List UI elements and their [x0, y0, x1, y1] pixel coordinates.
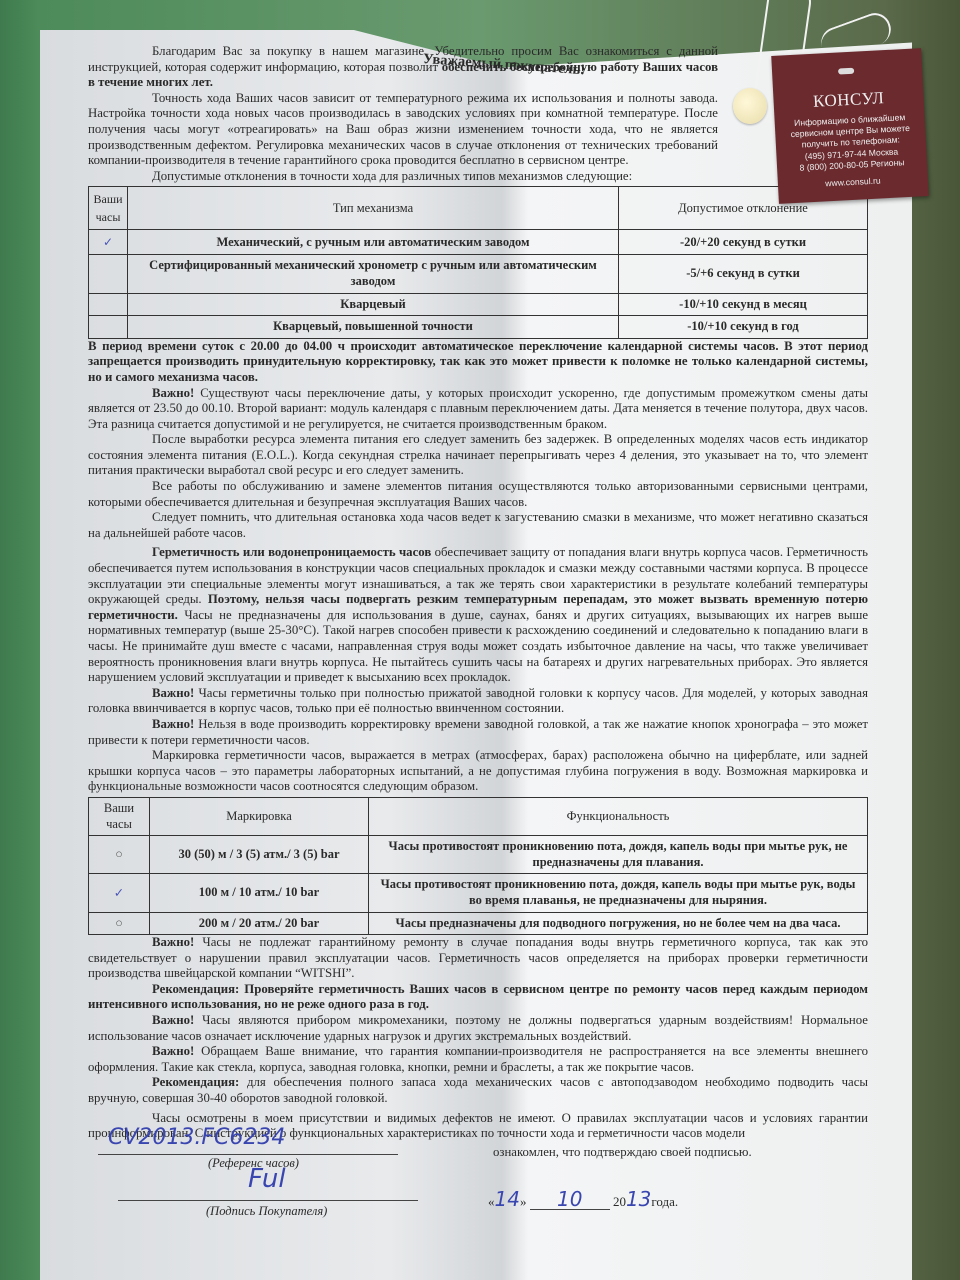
function-value: Часы предназначены для подводного погруж… — [369, 912, 868, 935]
important-label: Важно! — [152, 935, 194, 949]
date-year-suffix: 13 — [626, 1187, 651, 1211]
col-header-mark: Ваши часы — [89, 187, 128, 230]
important-label: Важно! — [152, 686, 194, 700]
date-suffix: года. — [651, 1194, 678, 1209]
circle-icon: ○ — [89, 836, 150, 874]
important-label: Важно! — [152, 1013, 194, 1027]
signature-block: CV2013.FC6234 (Референс часов) ознакомле… — [88, 1142, 868, 1252]
paragraph-waterproof: Герметичность или водонепроницаемость ча… — [88, 545, 868, 685]
paragraph-text: Обращаем Ваше внимание, что гарантия ком… — [88, 1044, 868, 1074]
paragraph-water-adjust: Важно! Нельзя в воде производить коррект… — [88, 717, 868, 748]
check-mark-icon: ✓ — [89, 874, 150, 912]
paragraph-lubricant: Следует помнить, что длительная остановк… — [88, 510, 868, 541]
col-header-mark: Ваши часы — [89, 797, 150, 835]
paragraph-text: Часы герметичны только при полностью при… — [88, 686, 868, 716]
paragraph-battery: После выработки ресурса элемента питания… — [88, 432, 868, 479]
table-row: ✓ 100 м / 10 атм./ 10 bar Часы противост… — [89, 874, 868, 912]
paragraph-shock: Важно! Часы являются прибором микромехан… — [88, 1013, 868, 1044]
table-row: Кварцевый -10/+10 секунд в месяц — [89, 293, 868, 316]
deviation-value: -10/+10 секунд в месяц — [619, 293, 868, 316]
col-header-function: Функциональность — [369, 797, 868, 835]
marking-value: 100 м / 10 атм./ 10 bar — [150, 874, 369, 912]
mark-cell — [89, 293, 128, 316]
calendar-warning: В период времени суток с 20.00 до 04.00 … — [88, 339, 868, 386]
table-row: ✓ Механический, с ручным или автоматичес… — [89, 230, 868, 255]
date-year-prefix: 20 — [613, 1194, 626, 1209]
mechanism-type: Сертифицированный механический хронометр… — [128, 255, 619, 293]
paragraph-marking: Маркировка герметичности часов, выражает… — [88, 748, 868, 795]
table-row: ○ 200 м / 20 атм./ 20 bar Часы предназна… — [89, 912, 868, 935]
important-label: Важно! — [152, 386, 194, 400]
function-value: Часы противостоят проникновению пота, до… — [369, 874, 868, 912]
waterproof-heading: Герметичность или водонепроницаемость ча… — [152, 545, 431, 559]
col-header-marking: Маркировка — [150, 797, 369, 835]
consul-service-tag: КОНСУЛ Информацию о ближайшем сервисном … — [771, 48, 929, 204]
date-month: 10 — [557, 1187, 582, 1211]
accuracy-table: Ваши часы Тип механизма Допустимое откло… — [88, 186, 868, 338]
circle-icon: ○ — [89, 912, 150, 935]
table-row: Сертифицированный механический хронометр… — [89, 255, 868, 293]
col-header-type: Тип механизма — [128, 187, 619, 230]
tag-url: www.consul.ru — [778, 173, 928, 191]
mechanism-type: Механический, с ручным или автоматически… — [128, 230, 619, 255]
date-day: 14 — [495, 1187, 520, 1211]
closing-tail: ознакомлен, что подтверждаю своей подпис… — [493, 1145, 752, 1161]
table1-caption: Допустимые отклонения в точности хода дл… — [88, 169, 868, 185]
paragraph-crown: Важно! Часы герметичны только при полнос… — [88, 686, 868, 717]
buyer-signature: Ful — [248, 1172, 286, 1188]
document-body: Уважаемый покупатель! Благодарим Вас за … — [88, 40, 868, 1252]
recommendation-label: Рекомендация: — [152, 982, 239, 996]
function-value: Часы противостоят проникновению пота, до… — [369, 836, 868, 874]
deviation-value: -10/+10 секунд в год — [619, 316, 868, 339]
deviation-value: -20/+20 секунд в сутки — [619, 230, 868, 255]
reference-handwritten: CV2013.FC6234 — [108, 1130, 285, 1146]
date-quote-close: » — [520, 1194, 527, 1209]
recommendation-label: Рекомендация: — [152, 1075, 239, 1089]
table-row: Кварцевый, повышенной точности -10/+10 с… — [89, 316, 868, 339]
mechanism-type: Кварцевый, повышенной точности — [128, 316, 619, 339]
deviation-value: -5/+6 секунд в сутки — [619, 255, 868, 293]
accuracy-paragraph: Точность хода Ваших часов зависит от тем… — [88, 91, 868, 169]
paragraph-text: Нельзя в воде производить корректировку … — [88, 717, 868, 747]
tag-hole — [838, 68, 854, 75]
table-row: ○ 30 (50) м / 3 (5) атм./ 3 (5) bar Часы… — [89, 836, 868, 874]
important-label: Важно! — [152, 717, 194, 731]
signature-label: (Подпись Покупателя) — [206, 1204, 327, 1220]
date-field: «14» 10 2013года. — [488, 1192, 678, 1211]
reference-line — [98, 1154, 398, 1155]
signature-line — [118, 1200, 418, 1201]
water-resistance-table: Ваши часы Маркировка Функциональность ○ … — [88, 797, 868, 935]
paragraph-text: Часы не предназначены для использования … — [88, 608, 868, 684]
paragraph-text: Существуют часы переключение даты, у кот… — [88, 386, 868, 431]
paragraph-text: Часы не подлежат гарантийному ремонту в … — [88, 935, 868, 980]
marking-value: 30 (50) м / 3 (5) атм./ 3 (5) bar — [150, 836, 369, 874]
mark-cell — [89, 316, 128, 339]
paragraph-service: Все работы по обслуживанию и замене элем… — [88, 479, 868, 510]
paragraph-recommend-check: Рекомендация: Проверяйте герметичность В… — [88, 982, 868, 1013]
paragraph-exterior: Важно! Обращаем Ваше внимание, что гаран… — [88, 1044, 868, 1075]
paragraph-date-change: Важно! Существуют часы переключение даты… — [88, 386, 868, 433]
tag-brand: КОНСУЛ — [773, 86, 924, 114]
important-label: Важно! — [152, 1044, 194, 1058]
date-quote-open: « — [488, 1194, 495, 1209]
paragraph-text: Часы являются прибором микромеханики, по… — [88, 1013, 868, 1043]
paragraph-warranty-water: Важно! Часы не подлежат гарантийному рем… — [88, 935, 868, 982]
paragraph-recommend-wind: Рекомендация: для обеспечения полного за… — [88, 1075, 868, 1106]
marking-value: 200 м / 20 атм./ 20 bar — [150, 912, 369, 935]
mark-cell — [89, 255, 128, 293]
mechanism-type: Кварцевый — [128, 293, 619, 316]
check-mark-icon: ✓ — [89, 230, 128, 255]
